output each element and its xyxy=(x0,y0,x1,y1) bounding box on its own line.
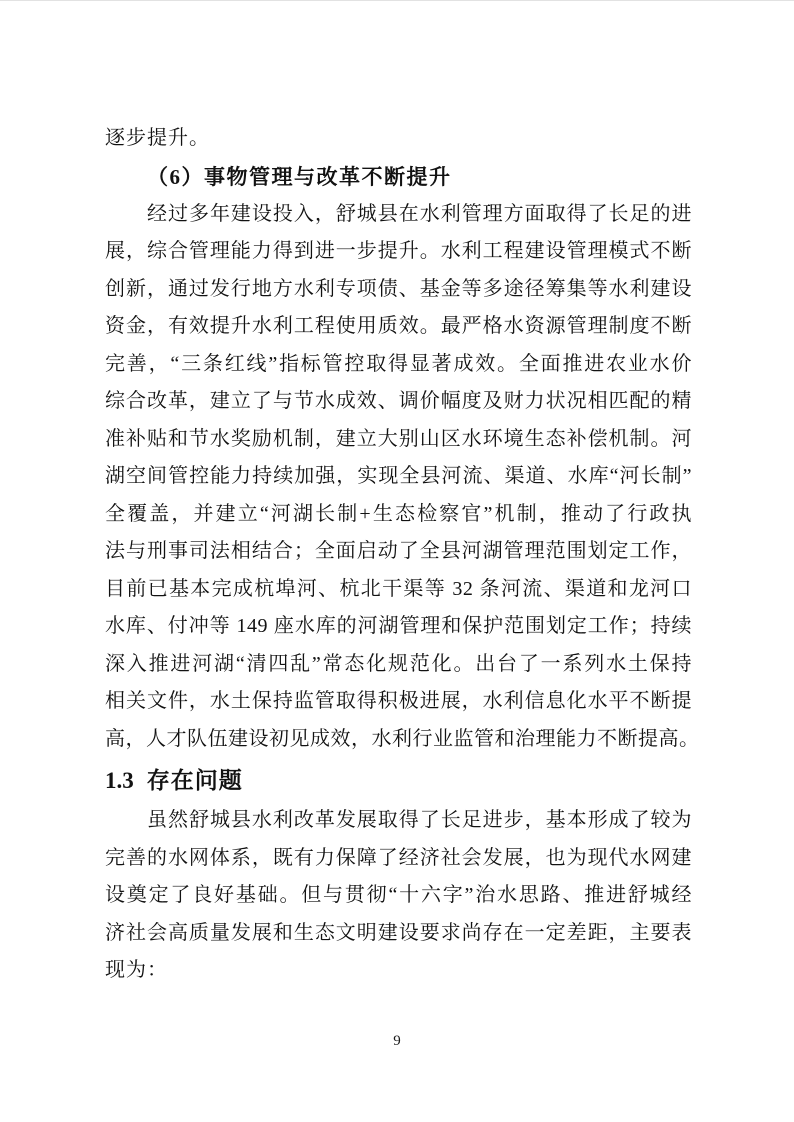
text-line: 完善的水网体系，既有力保障了经济社会发展，也为现代水网建 xyxy=(105,840,692,878)
paragraph-water-management-achievements: 经过多年建设投入，舒城县在水利管理方面取得了长足的进展，综合管理能力得到进一步提… xyxy=(105,196,692,759)
text-line: 高，人才队伍建设初见成效，水利行业监管和治理能力不断提高。 xyxy=(105,721,692,759)
text-line: 设奠定了良好基础。但与贯彻“十六字”治水思路、推进舒城经 xyxy=(105,877,692,915)
document-page: 逐步提升。（6）事物管理与改革不断提升经过多年建设投入，舒城县在水利管理方面取得… xyxy=(0,0,794,1122)
text-line: 目前已基本完成杭埠河、杭北干渠等 32 条河流、渠道和龙河口 xyxy=(105,571,692,609)
text-line: 准补贴和节水奖励机制，建立大别山区水环境生态补偿机制。河 xyxy=(105,421,692,459)
text-line: 现为： xyxy=(105,952,692,990)
text-line: 经过多年建设投入，舒城县在水利管理方面取得了长足的进 xyxy=(105,196,692,234)
text-line: 水库、付冲等 149 座水库的河湖管理和保护范围划定工作；持续 xyxy=(105,608,692,646)
paragraph-continuation-line: 逐步提升。 xyxy=(105,120,692,158)
section-label: 存在问题 xyxy=(147,767,243,793)
text-line: 相关文件，水土保持监管取得积极进展，水利信息化水平不断提 xyxy=(105,683,692,721)
text-line: 创新，通过发行地方水利专项债、基金等多途径筹集等水利建设 xyxy=(105,271,692,309)
paragraph-existing-problems-intro: 虽然舒城县水利改革发展取得了长足进步，基本形成了较为完善的水网体系，既有力保障了… xyxy=(105,802,692,990)
section-heading-1-3: 1.3存在问题 xyxy=(105,758,692,802)
text-line: 全覆盖，并建立“河湖长制+生态检察官”机制，推动了行政执 xyxy=(105,496,692,534)
page-body-text: 逐步提升。（6）事物管理与改革不断提升经过多年建设投入，舒城县在水利管理方面取得… xyxy=(105,120,692,990)
text-line: 完善，“三条红线”指标管控取得显著成效。全面推进农业水价 xyxy=(105,346,692,384)
text-line: 济社会高质量发展和生态文明建设要求尚存在一定差距，主要表 xyxy=(105,915,692,953)
text-line: 展，综合管理能力得到进一步提升。水利工程建设管理模式不断 xyxy=(105,233,692,271)
text-line: 综合改革，建立了与节水成效、调价幅度及财力状况相匹配的精 xyxy=(105,383,692,421)
text-line: 法与刑事司法相结合；全面启动了全县河湖管理范围划定工作， xyxy=(105,533,692,571)
text-line: 湖空间管控能力持续加强，实现全县河流、渠道、水库“河长制” xyxy=(105,458,692,496)
page-number: 9 xyxy=(0,1031,794,1051)
text-line: 深入推进河湖“清四乱”常态化规范化。出台了一系列水土保持 xyxy=(105,646,692,684)
text-line: 虽然舒城县水利改革发展取得了长足进步，基本形成了较为 xyxy=(105,802,692,840)
subsection-heading-6: （6）事物管理与改革不断提升 xyxy=(105,158,692,196)
section-number: 1.3 xyxy=(105,768,134,793)
text-line: 资金，有效提升水利工程使用质效。最严格水资源管理制度不断 xyxy=(105,308,692,346)
